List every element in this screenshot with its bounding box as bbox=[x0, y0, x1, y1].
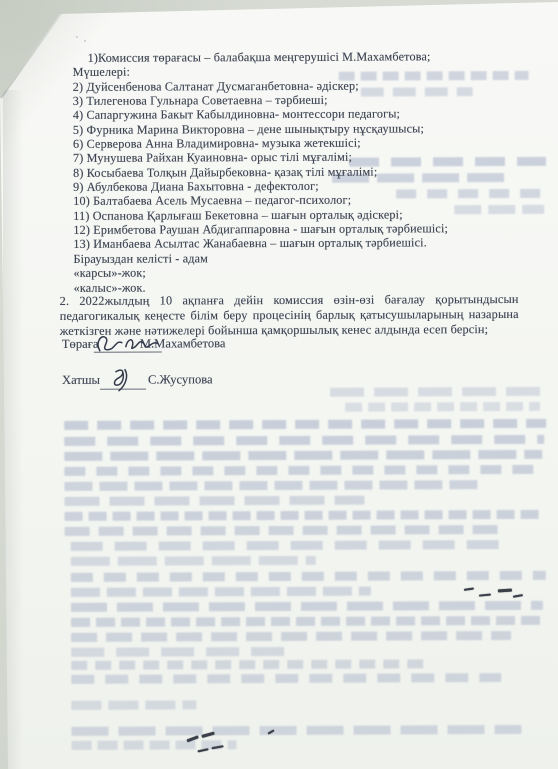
pen-mark bbox=[498, 589, 512, 592]
signature-name: С.Жусупова bbox=[148, 372, 213, 387]
bleed-through-line bbox=[330, 387, 545, 397]
bleed-through-line bbox=[64, 465, 534, 476]
bleed-through-line bbox=[71, 659, 431, 670]
signature-role-label: Хатшы bbox=[62, 373, 100, 388]
pen-mark bbox=[513, 594, 523, 598]
bleed-through-line bbox=[64, 435, 544, 446]
handwritten-signature-chairman-icon bbox=[92, 331, 170, 355]
bleed-through-text-layer bbox=[0, 0, 556, 1]
bleed-through-line bbox=[65, 510, 545, 521]
bleed-through-line bbox=[71, 601, 543, 612]
paper-sheet: 1)Комиссия төрағасы – балабақша меңгеруш… bbox=[0, 0, 558, 769]
bleed-through-line bbox=[71, 571, 546, 582]
handwritten-signature-secretary-icon bbox=[102, 365, 138, 393]
scanned-page-background: 1)Комиссия төрағасы – балабақша меңгеруш… bbox=[0, 0, 558, 769]
pen-mark bbox=[479, 594, 491, 597]
bleed-through-line bbox=[64, 450, 542, 461]
bleed-through-line bbox=[71, 556, 316, 566]
pen-mark bbox=[464, 587, 474, 590]
commission-member-list: 1)Комиссия төрағасы – балабақша меңгеруш… bbox=[73, 49, 534, 295]
bleed-through-line bbox=[71, 700, 196, 710]
bleed-through-line bbox=[71, 616, 541, 627]
bleed-through-line bbox=[71, 673, 501, 684]
pen-mark-layer bbox=[0, 0, 556, 1]
bleed-through-line bbox=[64, 480, 484, 491]
bleed-through-line bbox=[71, 647, 286, 657]
bleed-through-line bbox=[64, 496, 364, 506]
bleed-through-line bbox=[64, 419, 546, 430]
bleed-through-line bbox=[345, 402, 540, 412]
bleed-through-line bbox=[65, 525, 505, 536]
bleed-through-line bbox=[71, 725, 521, 736]
document-content: 1)Комиссия төрағасы – балабақша меңгеруш… bbox=[0, 0, 558, 769]
bleed-through-line bbox=[71, 587, 371, 597]
bleed-through-line bbox=[71, 540, 501, 551]
bleed-through-line bbox=[71, 631, 511, 642]
